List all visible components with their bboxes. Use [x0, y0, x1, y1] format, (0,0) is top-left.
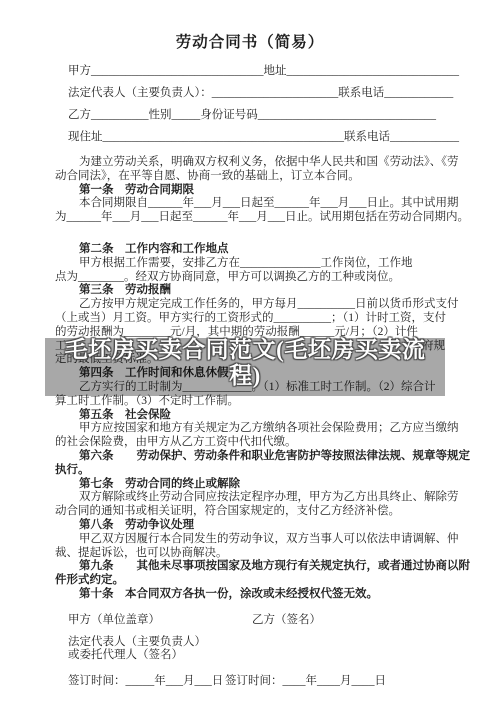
spacer: [55, 148, 445, 156]
document-line: 第一条 劳动合同期限: [55, 184, 445, 198]
watermark-text-line2: 程): [45, 361, 445, 390]
document-line: 裁、提起诉讼，也可以协商解决。: [55, 547, 445, 561]
document-line: 件形式约定。: [55, 574, 445, 588]
document-line: 为建立劳动关系，明确双方权利义务，依据中华人民共和国《劳动法》、《劳: [55, 156, 445, 170]
document-title: 劳动合同书（简易）: [55, 34, 445, 52]
spacer: [55, 628, 445, 636]
document-line: 或委托代理人（签名）: [55, 649, 445, 663]
document-body: 为建立劳动关系，明确双方权利义务，依据中华人民共和国《劳动法》、《劳动合同法》，…: [55, 148, 445, 689]
document-line: 的社会保险费，由甲方从乙方工资中代扣代缴。: [55, 436, 445, 450]
document-line: 双方解除或终止劳动合同应按法定程序办理，甲方为乙方出具终止、解除劳: [55, 491, 445, 505]
document-line: 现住址_____________________________________…: [55, 126, 445, 148]
document-line: 法定代表人（主要负责人）: [55, 636, 445, 650]
document-line: 点为________。经双方协商同意，甲方可以调换乙方的工种或岗位。: [55, 271, 445, 285]
document-line: 甲方（单位盖章）乙方（签名）: [55, 614, 445, 628]
contract-page: 劳动合同书（简易） 甲方____________________________…: [0, 0, 500, 707]
document-line: 动合同法》，在平等自愿、协商一致的基础上，订立本合同。: [55, 170, 445, 184]
document-line: 为______年___月___日起至______年___月___日止。试用期包括…: [55, 211, 445, 225]
party-info-block: 甲方______________________________地址______…: [55, 60, 445, 148]
document-line: 第十条 本合同双方各执一份，涂改或未经授权代签无效。: [55, 588, 445, 602]
line-left: 甲方（单位盖章）: [68, 614, 160, 626]
document-line: 本合同期限自______年___月___日起至______年___月___日止。…: [55, 197, 445, 211]
watermark-overlay: 毛坯房买卖合同范文(毛坯房买卖流 程): [45, 338, 445, 396]
document-line: 签订时间：_____年___月___日签订时间：____年____月____日: [55, 675, 445, 689]
document-line: 法定代表人（主要负责人）：______________________联系电话_…: [55, 82, 445, 104]
document-line: 第六条 劳动保护、劳动条件和职业危害防护等按照法律法规、规章等规定: [55, 450, 445, 464]
document-line: （上或当）月工资。甲方实行的工资形式的__________；（1）计时工资，支付: [55, 312, 445, 326]
document-line: 第三条 劳动报酬: [55, 284, 445, 298]
line-right: 签订时间：____年____月____日: [225, 675, 386, 689]
watermark-text-line1: 毛坯房买卖合同范文(毛坯房买卖流: [45, 335, 445, 364]
document-line: 甲方根据工作需要，安排乙方在______________工作岗位，工作地: [55, 257, 445, 271]
document-line: 第五条 社会保险: [55, 409, 445, 423]
document-line: 乙方按甲方规定完成工作任务的，甲方每月__________日前以货币形式支付: [55, 298, 445, 312]
document-line: 执行。: [55, 464, 445, 478]
document-line: 甲方应按国家和地方有关规定为乙方缴纳各项社会保险费用；乙方应当缴纳: [55, 422, 445, 436]
document-line: 甲乙双方因履行本合同发生的劳动争议，双方当事人可以依法申请调解、仲: [55, 533, 445, 547]
document-line: 第七条 劳动合同的终止或解除: [55, 478, 445, 492]
spacer: [55, 225, 445, 243]
document-line: 动合同的通知书或相关证明，符合国家规定的，支付乙方经济补偿。: [55, 505, 445, 519]
document-line: 第八条 劳动争议处理: [55, 519, 445, 533]
document-line: 第九条 其他未尽事项按国家及地方现行有关规定执行，或者通过协商以附: [55, 560, 445, 574]
line-right: 乙方（签名）: [252, 614, 321, 628]
document-line: 乙方__________性别_____身份证号码________________…: [55, 104, 445, 126]
document-line: 算工时工作制。（3）不定时工作制。: [55, 395, 445, 409]
document-line: 甲方______________________________地址______…: [55, 60, 445, 82]
spacer: [55, 663, 445, 675]
document-line: 第二条 工作内容和工作地点: [55, 243, 445, 257]
line-left: 签订时间：_____年___月___日: [68, 675, 223, 687]
spacer: [55, 602, 445, 614]
